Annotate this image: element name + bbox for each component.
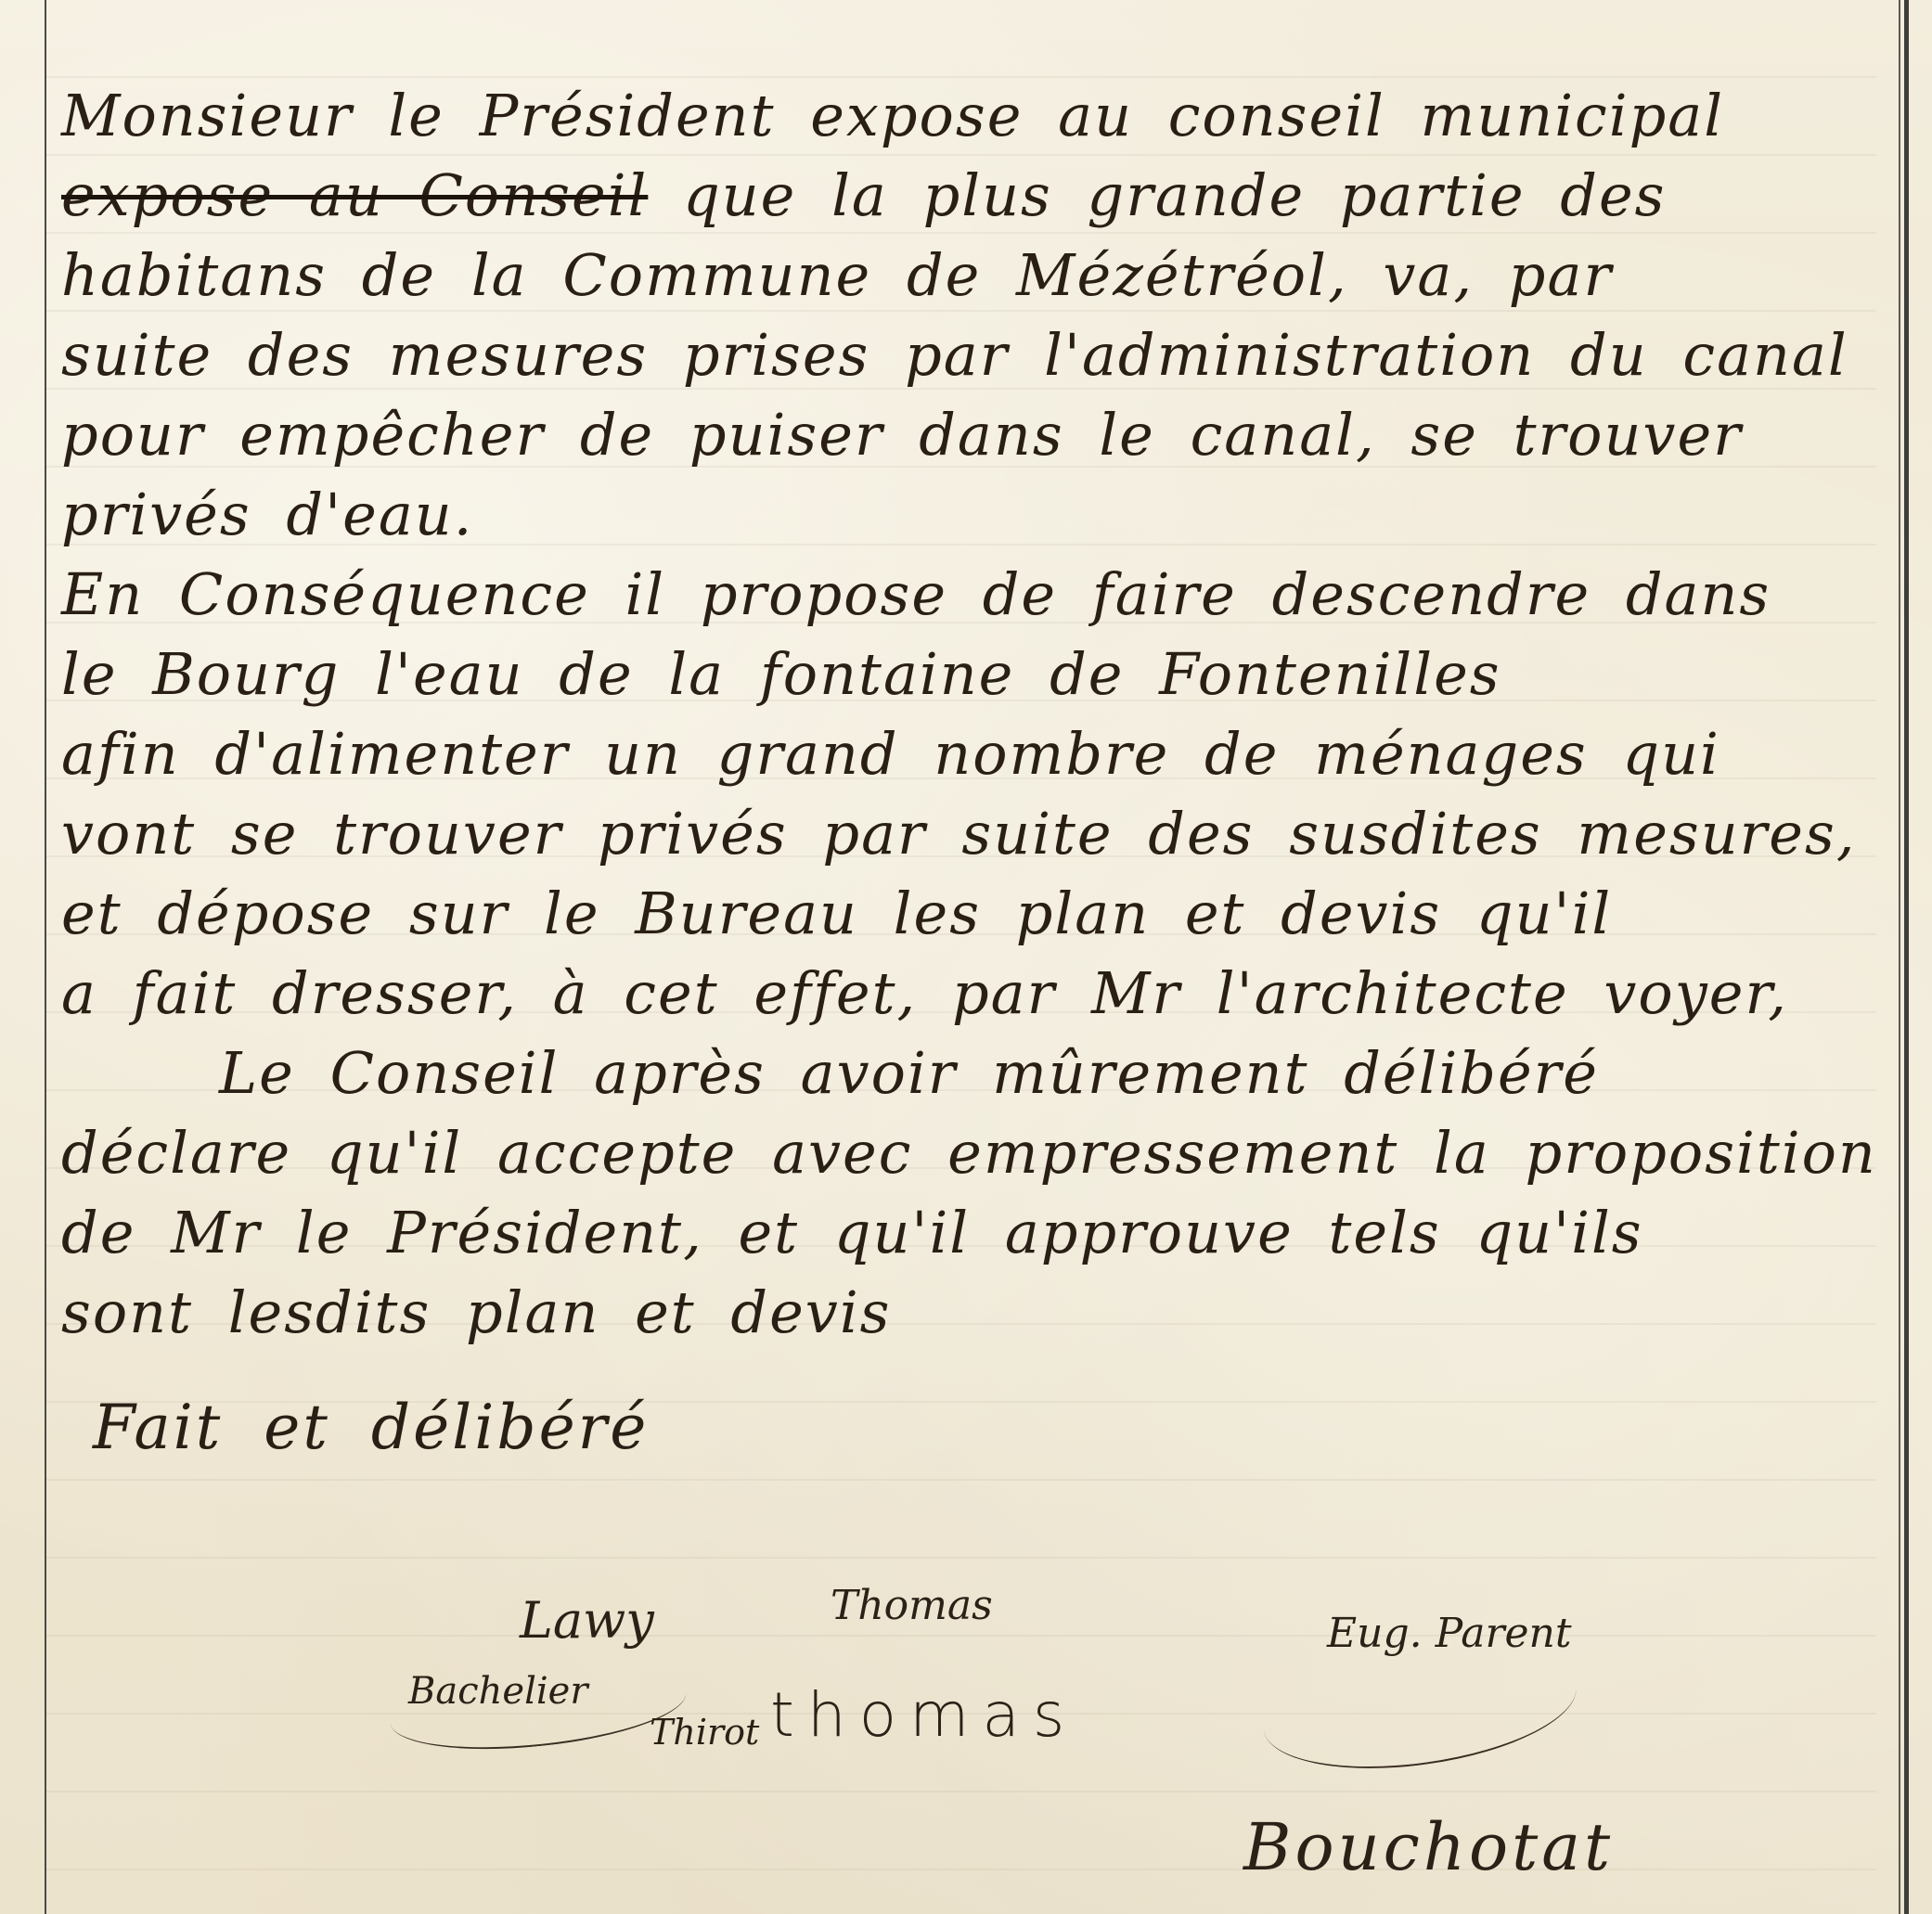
right-border-thick-line [1904,0,1909,1914]
body-line-4: suite des mesures prises par l'administr… [61,315,1880,395]
body-line-5: pour empêcher de puiser dans le canal, s… [61,395,1880,475]
closing-formula: Fait et délibéré [93,1392,649,1463]
line-text: En Conséquence il propose de faire desce… [61,560,1771,628]
line-text: suite des mesures prises par l'administr… [61,321,1848,389]
body-line-3: habitans de la Commune de Mézétréol, va,… [61,236,1880,315]
line-text: habitans de la Commune de Mézétréol, va,… [61,241,1613,309]
deliberation-body: Monsieur le Président expose au conseil … [61,76,1880,1353]
line-text: afin d'alimenter un grand nombre de ména… [61,720,1720,788]
body-line-1: Monsieur le Président expose au conseil … [61,76,1880,156]
line-text: vont se trouver privés par suite des sus… [61,800,1857,867]
line-text: a fait dresser, à cet effet, par Mr l'ar… [61,959,1788,1027]
struck-out-text: expose au Conseil [61,161,648,229]
body-line-7: En Conséquence il propose de faire desce… [61,555,1880,635]
signature-bouchotat: Bouchotat [1243,1809,1614,1885]
body-line-2: expose au Conseil que la plus grande par… [61,156,1880,236]
body-line-9: afin d'alimenter un grand nombre de ména… [61,714,1880,794]
signature-thomas-upper: Thomas [831,1582,993,1629]
line-text: déclare qu'il accepte avec empressement … [61,1119,1877,1187]
right-border-thin-line [1899,0,1900,1914]
body-line-6: privés d'eau. [61,475,1880,555]
body-line-13: Le Conseil après avoir mûrement délibéré [61,1034,1880,1113]
signature-thirot: Thirot [650,1712,759,1753]
body-line-14: déclare qu'il accepte avec empressement … [61,1113,1880,1193]
line-text: Monsieur le Président expose au conseil … [61,82,1724,149]
line-text: sont lesdits plan et devis [61,1278,891,1346]
body-line-10: vont se trouver privés par suite des sus… [61,794,1880,874]
body-line-16: sont lesdits plan et devis [61,1273,1880,1353]
line-text: Le Conseil après avoir mûrement délibéré [219,1039,1599,1107]
line-text: et dépose sur le Bureau les plan et devi… [61,880,1612,947]
signature-lawy: Lawy [520,1591,654,1650]
body-line-8: le Bourg l'eau de la fontaine de Fonteni… [61,635,1880,714]
line-text: pour empêcher de puiser dans le canal, s… [61,401,1743,469]
line-text: que la plus grande partie des [648,161,1666,229]
left-margin-line [45,0,46,1914]
line-text: le Bourg l'eau de la fontaine de Fonteni… [61,640,1501,708]
body-line-15: de Mr le Président, et qu'il approuve te… [61,1193,1880,1273]
body-line-11: et dépose sur le Bureau les plan et devi… [61,874,1880,954]
line-text: de Mr le Président, et qu'il approuve te… [61,1199,1643,1266]
signature-thomas-lower: thomas [770,1679,1077,1751]
line-text: privés d'eau. [61,481,473,548]
body-line-12: a fait dresser, à cet effet, par Mr l'ar… [61,954,1880,1034]
